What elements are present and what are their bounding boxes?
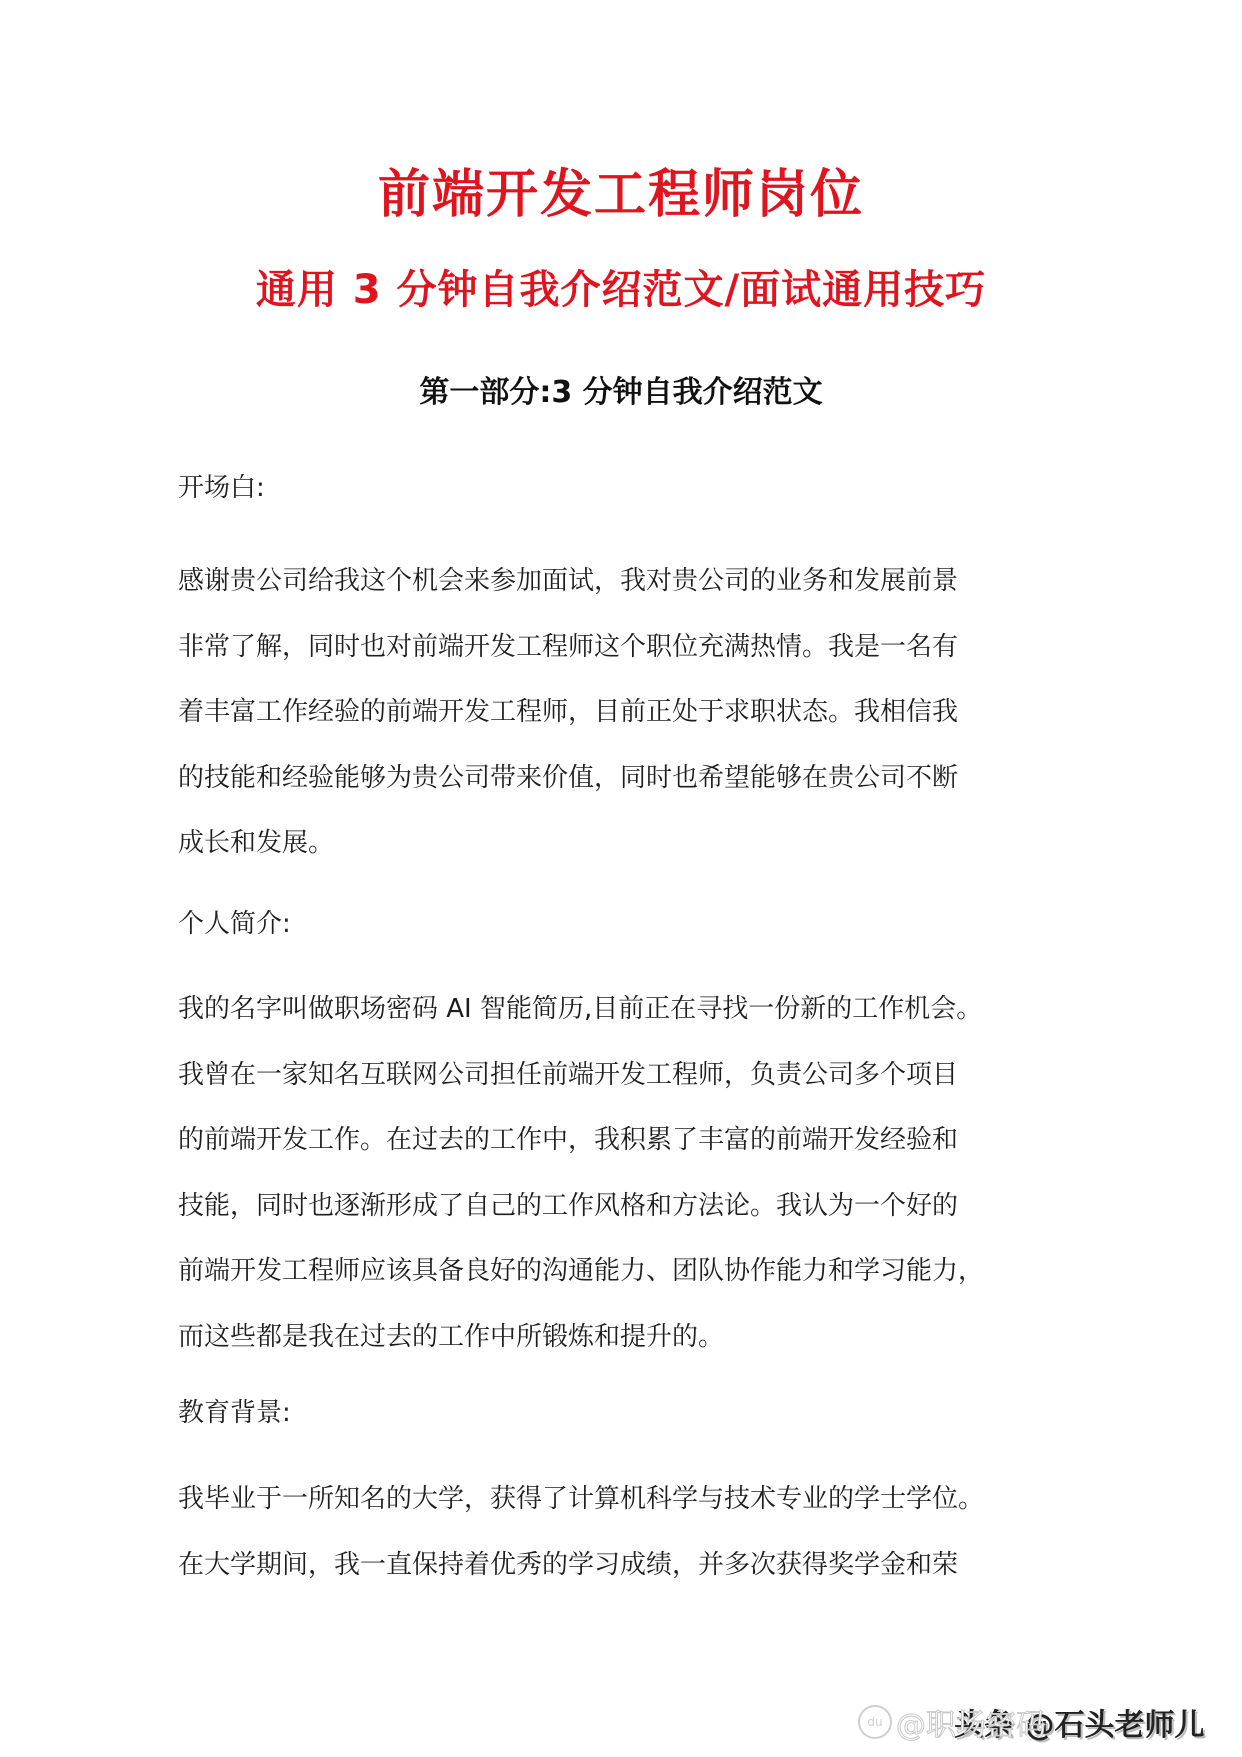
paragraph-opening: 感谢贵公司给我这个机会来参加面试，我对贵公司的业务和发展前景 非常了解，同时也对… (178, 549, 1068, 877)
paragraph-line: 我的名字叫做职场密码 AI 智能简历,目前正在寻找一份新的工作机会。 (178, 977, 1068, 1043)
paragraph-line: 我毕业于一所知名的大学，获得了计算机科学与技术专业的学士学位。 (178, 1467, 1068, 1533)
section-education: 教育背景: (178, 1393, 1068, 1433)
section-profile: 个人简介: (178, 904, 1068, 944)
paragraph-profile: 我的名字叫做职场密码 AI 智能简历,目前正在寻找一份新的工作机会。 我曾在一家… (178, 977, 1068, 1370)
paragraph-line: 着丰富工作经验的前端开发工程师，目前正处于求职状态。我相信我 (178, 680, 1068, 746)
watermark: du @职场密码 头条 @石头老师儿 (858, 1700, 1204, 1744)
section-label-education: 教育背景: (178, 1393, 1068, 1433)
paragraph-line: 感谢贵公司给我这个机会来参加面试，我对贵公司的业务和发展前景 (178, 549, 1068, 615)
document-title: 前端开发工程师岗位 (0, 160, 1242, 230)
paragraph-line: 前端开发工程师应该具备良好的沟通能力、团队协作能力和学习能力， (178, 1239, 1068, 1305)
paragraph-line: 非常了解，同时也对前端开发工程师这个职位充满热情。我是一名有 (178, 615, 1068, 681)
section-label-profile: 个人简介: (178, 904, 1068, 944)
paragraph-line: 在大学期间，我一直保持着优秀的学习成绩，并多次获得奖学金和荣 (178, 1533, 1068, 1599)
paragraph-education: 我毕业于一所知名的大学，获得了计算机科学与技术专业的学士学位。 在大学期间，我一… (178, 1467, 1068, 1598)
paragraph-line: 而这些都是我在过去的工作中所锻炼和提升的。 (178, 1305, 1068, 1371)
paragraph-line: 我曾在一家知名互联网公司担任前端开发工程师，负责公司多个项目 (178, 1043, 1068, 1109)
document-subtitle: 通用 3 分钟自我介绍范文/面试通用技巧 (0, 262, 1242, 318)
section-heading: 第一部分:3 分钟自我介绍范文 (0, 370, 1242, 416)
document-page: 前端开发工程师岗位 通用 3 分钟自我介绍范文/面试通用技巧 第一部分:3 分钟… (0, 0, 1242, 1757)
paragraph-line: 的技能和经验能够为贵公司带来价值，同时也希望能够在贵公司不断 (178, 746, 1068, 812)
baidu-paw-icon: du (858, 1705, 892, 1739)
section-label-opening: 开场白: (178, 468, 1068, 508)
section-opening: 开场白: (178, 468, 1068, 508)
paragraph-line: 成长和发展。 (178, 811, 1068, 877)
paragraph-line: 技能，同时也逐渐形成了自己的工作风格和方法论。我认为一个好的 (178, 1174, 1068, 1240)
paragraph-line: 的前端开发工作。在过去的工作中，我积累了丰富的前端开发经验和 (178, 1108, 1068, 1174)
watermark-baidu-text: @职场密码 (896, 1700, 1046, 1744)
